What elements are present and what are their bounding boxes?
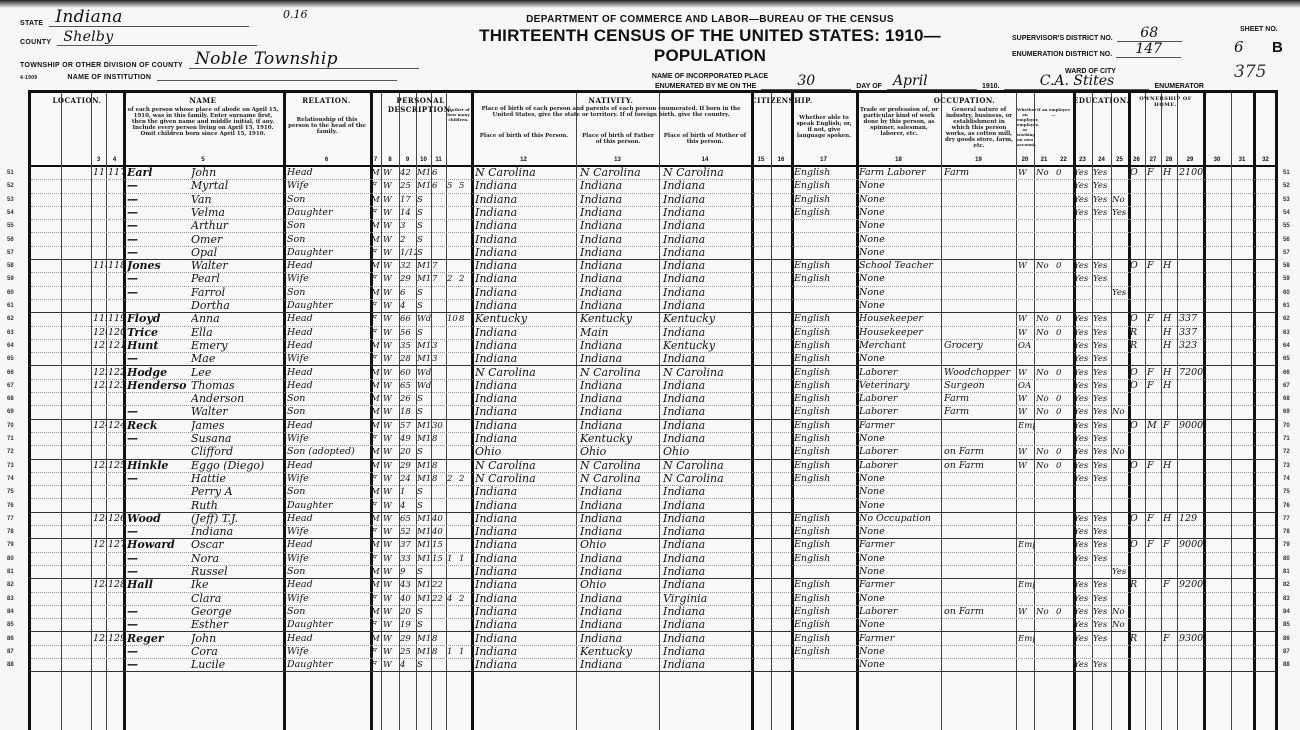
enumeration-district-value: 147: [1116, 42, 1181, 58]
cell-dwelling: 126: [93, 512, 107, 526]
sheet-label: Sheet No.: [1240, 26, 1278, 33]
cell-trade: None: [859, 658, 941, 672]
group-occupation: Occupation.: [856, 96, 1073, 105]
cell-years-married: 8: [432, 632, 446, 646]
cell-birth: Indiana: [475, 578, 575, 592]
nativity-column-note: Place of birth of each person and parent…: [475, 106, 747, 118]
line-number-right: 73: [1283, 463, 1290, 469]
cell-given: Omer: [191, 233, 283, 247]
group-citizenship: Citizenship.: [751, 96, 791, 105]
cell-sex: F: [371, 206, 381, 220]
cell-language: English: [794, 352, 854, 366]
cell-living-children: 5: [459, 179, 471, 193]
cell-relation: Wife: [287, 179, 369, 193]
line-number-right: 56: [1283, 237, 1290, 243]
cell-age: 29: [400, 459, 416, 473]
cell-sex: F: [371, 179, 381, 193]
cell-age: 65: [400, 379, 416, 393]
cell-owned: O: [1130, 459, 1145, 473]
cell-birth: Indiana: [475, 499, 575, 513]
cell-given: Ike: [191, 578, 283, 592]
cell-relation: Son: [287, 392, 369, 406]
cell-mother-birth: Virginia: [663, 592, 750, 606]
cell-write: Yes: [1093, 618, 1111, 632]
line-number: 52: [7, 183, 14, 189]
cell-family: 129: [108, 632, 124, 646]
cell-marital: S: [417, 485, 431, 499]
table-row: 70124124ReckJamesHeadMW57M130IndianaIndi…: [31, 420, 1275, 433]
cell-marital: M1: [417, 632, 431, 646]
cell-employ: W: [1018, 312, 1034, 326]
cell-given: Ruth: [191, 499, 283, 513]
cell-age: 28: [400, 352, 416, 366]
cell-marital: S: [417, 405, 431, 419]
cell-trade: None: [859, 525, 941, 539]
cell-relation: Daughter: [287, 246, 369, 260]
cell-write: Yes: [1093, 339, 1111, 353]
header-center: DEPARTMENT OF COMMERCE AND LABOR—BUREAU …: [450, 14, 970, 80]
line-number-right: 57: [1283, 250, 1290, 256]
line-number: 81: [7, 569, 14, 575]
cell-farm-sched: 337: [1179, 312, 1274, 326]
cell-write: Yes: [1093, 405, 1111, 419]
cell-free: F: [1147, 259, 1161, 273]
cell-weeks: 0: [1056, 366, 1072, 380]
cell-language: English: [794, 472, 854, 486]
table-row: 74—HattieWifeFW24M1822N CarolinaN Caroli…: [31, 473, 1275, 486]
line-number-right: 79: [1283, 542, 1290, 548]
col-num-10: 10: [416, 157, 431, 163]
cell-age: 65: [400, 512, 416, 526]
line-number: 67: [7, 383, 14, 389]
line-number-right: 54: [1283, 210, 1290, 216]
cell-trade: School Teacher: [859, 259, 941, 273]
cell-father-birth: Indiana: [580, 605, 658, 619]
cell-trade: Farmer: [859, 578, 941, 592]
cell-language: English: [794, 512, 854, 526]
cell-marital: M1: [417, 432, 431, 446]
cell-birth: Indiana: [475, 286, 575, 300]
cell-age: 4: [400, 499, 416, 513]
cell-language: English: [794, 339, 854, 353]
cell-father-birth: N Carolina: [580, 166, 658, 180]
cell-father-birth: Kentucky: [580, 312, 658, 326]
col-num-29: 29: [1177, 157, 1203, 163]
line-number: 76: [7, 503, 14, 509]
cell-marital: M1: [417, 552, 431, 566]
cell-industry: Farm: [944, 392, 1016, 406]
cell-school: Yes: [1112, 206, 1128, 220]
cell-trade: None: [859, 352, 941, 366]
cell-father-birth: Indiana: [580, 179, 658, 193]
cell-owned: O: [1130, 166, 1145, 180]
cell-given: Farrol: [191, 286, 283, 300]
line-number: 62: [7, 316, 14, 322]
employee-column-note: If an employee—: [1035, 107, 1072, 117]
cell-relation: Head: [287, 419, 369, 433]
cell-father-birth: Kentucky: [580, 432, 658, 446]
table-row: 55—ArthurSonMW3SIndianaIndianaIndianaNon…: [31, 220, 1275, 233]
cell-given: Hattie: [191, 472, 283, 486]
cell-given: Oscar: [191, 538, 283, 552]
cell-house: H: [1163, 166, 1177, 180]
cell-birth: Kentucky: [475, 312, 575, 326]
cell-family: 128: [108, 578, 124, 592]
cell-mother-birth: Indiana: [663, 405, 750, 419]
township-value: Noble Township: [189, 50, 419, 69]
cell-relation: Wife: [287, 432, 369, 446]
cell-sex: M: [371, 193, 381, 207]
county-label: County: [20, 39, 51, 46]
line-number-right: 83: [1283, 596, 1290, 602]
table-row: 83ClaraWifeFW40M12242IndianaIndianaVirgi…: [31, 593, 1275, 606]
county-line: County Shelby: [20, 30, 257, 46]
cell-owned: R: [1130, 326, 1145, 340]
cell-farm-sched: 337: [1179, 326, 1274, 340]
cell-mother-birth: Indiana: [663, 618, 750, 632]
cell-employ: W: [1018, 459, 1034, 473]
cell-age: 18: [400, 405, 416, 419]
enumeration-year: 1910.: [982, 83, 1000, 90]
cell-sex: M: [371, 405, 381, 419]
cell-age: 56: [400, 326, 416, 340]
line-number: 55: [7, 223, 14, 229]
cell-out-work: No: [1036, 366, 1054, 380]
employer-column-note: Whether an employer, employee, or workin…: [1017, 107, 1033, 147]
cell-dwelling: 127: [93, 538, 107, 552]
col-num-21: 21: [1034, 157, 1054, 163]
cell-mother-birth: Kentucky: [663, 312, 750, 326]
cell-trade: None: [859, 565, 941, 579]
cell-write: Yes: [1093, 472, 1111, 486]
cell-write: Yes: [1093, 166, 1111, 180]
cell-father-birth: Indiana: [580, 379, 658, 393]
cell-age: 24: [400, 472, 416, 486]
cell-trade: None: [859, 645, 941, 659]
cell-read: Yes: [1074, 179, 1092, 193]
cell-industry: Surgeon: [944, 379, 1016, 393]
cell-house: H: [1163, 339, 1177, 353]
cell-write: Yes: [1093, 578, 1111, 592]
cell-read: Yes: [1074, 552, 1092, 566]
col-num-16: 16: [771, 157, 791, 163]
cell-years-married: 6: [432, 179, 446, 193]
cell-relation: Head: [287, 366, 369, 380]
cell-father-birth: Indiana: [580, 219, 658, 233]
line-number: 82: [7, 582, 14, 588]
cell-given: Perry A: [191, 485, 283, 499]
cell-relation: Wife: [287, 552, 369, 566]
cell-age: 9: [400, 565, 416, 579]
cell-years-married: 7: [432, 272, 446, 286]
township-line: Township or other division of county Nob…: [20, 50, 419, 69]
birth-mother-header: Place of birth of Mother of this person.: [662, 133, 748, 145]
cell-write: Yes: [1093, 632, 1111, 646]
cell-surname: —: [127, 645, 187, 659]
cell-surname: Howard: [127, 538, 187, 552]
cell-sex: F: [371, 312, 381, 326]
cell-living-children: 8: [459, 312, 471, 326]
col-num-5: 5: [123, 157, 283, 163]
sheet-side: B: [1272, 39, 1283, 56]
cell-free: F: [1147, 538, 1161, 552]
cell-language: English: [794, 206, 854, 220]
cell-free: M: [1147, 419, 1161, 433]
cell-mother-birth: Indiana: [663, 246, 750, 260]
cell-birth: Indiana: [475, 605, 575, 619]
industry-column-note: General nature of industry, business, or…: [944, 107, 1014, 149]
line-number-right: 66: [1283, 370, 1290, 376]
cell-given: Arthur: [191, 219, 283, 233]
table-row: 51117117EarlJohnHeadMW42M16N CarolinaN C…: [31, 167, 1275, 180]
cell-dwelling: 124: [93, 419, 107, 433]
cell-surname: Hunt: [127, 339, 187, 353]
cell-age: 43: [400, 578, 416, 592]
cell-father-birth: Ohio: [580, 578, 658, 592]
col-num-32: 32: [1253, 157, 1278, 163]
cell-race: W: [383, 565, 398, 579]
table-row: 59—PearlWifeFW29M1722IndianaIndianaIndia…: [31, 273, 1275, 286]
cell-father-birth: Indiana: [580, 499, 658, 513]
cell-sex: M: [371, 565, 381, 579]
cell-age: 1: [400, 485, 416, 499]
cell-language: English: [794, 459, 854, 473]
cell-read: Yes: [1074, 379, 1092, 393]
cell-given: Esther: [191, 618, 283, 632]
cell-employ: OA: [1018, 339, 1034, 353]
cell-out-work: No: [1036, 392, 1054, 406]
relation-column-note: Relationship of this person to the head …: [287, 117, 367, 135]
cell-weeks: 0: [1056, 605, 1072, 619]
enumeration-month: April: [887, 74, 977, 90]
col-num-24: 24: [1092, 157, 1111, 163]
cell-given: James: [191, 419, 283, 433]
township-label: Township or other division of county: [20, 62, 183, 69]
cell-given: Emery: [191, 339, 283, 353]
line-number-right: 65: [1283, 356, 1290, 362]
cell-race: W: [383, 445, 398, 459]
cell-race: W: [383, 472, 398, 486]
group-relation: Relation.: [283, 96, 370, 105]
cell-trade: No Occupation: [859, 512, 941, 526]
table-row: 84—GeorgeSonMW20SIndianaIndianaIndianaEn…: [31, 606, 1275, 619]
cell-age: 35: [400, 339, 416, 353]
cell-out-work: No: [1036, 259, 1054, 273]
cell-father-birth: Indiana: [580, 419, 658, 433]
table-row: 52—MyrtalWifeFW25M1655IndianaIndianaIndi…: [31, 180, 1275, 193]
line-number-right: 67: [1283, 383, 1290, 389]
cell-language: English: [794, 166, 854, 180]
cell-race: W: [383, 366, 398, 380]
cell-father-birth: Indiana: [580, 286, 658, 300]
line-number: 78: [7, 529, 14, 535]
cell-read: Yes: [1074, 352, 1092, 366]
cell-mother-birth: Indiana: [663, 219, 750, 233]
cell-mother-birth: Indiana: [663, 299, 750, 313]
cell-mother-birth: Indiana: [663, 578, 750, 592]
cell-relation: Son: [287, 286, 369, 300]
cell-race: W: [383, 658, 398, 672]
cell-read: Yes: [1074, 658, 1092, 672]
cell-industry: on Farm: [944, 445, 1016, 459]
cell-race: W: [383, 618, 398, 632]
cell-school: No: [1112, 445, 1128, 459]
cell-read: Yes: [1074, 193, 1092, 207]
cell-write: Yes: [1093, 193, 1111, 207]
line-number: 70: [7, 423, 14, 429]
group-location: Location.: [31, 96, 123, 105]
cell-marital: M1: [417, 512, 431, 526]
cell-father-birth: N Carolina: [580, 472, 658, 486]
cell-living-children: 2: [459, 472, 471, 486]
cell-mother-birth: Indiana: [663, 419, 750, 433]
cell-marital: M1: [417, 472, 431, 486]
cell-mother-birth: Indiana: [663, 512, 750, 526]
cell-farm-sched: 323: [1179, 339, 1274, 353]
cell-industry: Woodchopper: [944, 366, 1016, 380]
cell-relation: Wife: [287, 592, 369, 606]
cell-birth: N Carolina: [475, 472, 575, 486]
group-education: Education.: [1073, 96, 1128, 105]
cell-relation: Head: [287, 312, 369, 326]
cell-race: W: [383, 645, 398, 659]
cell-birth: Indiana: [475, 233, 575, 247]
cell-school: Yes: [1112, 565, 1128, 579]
col-num-31: 31: [1231, 157, 1253, 163]
cell-weeks: 0: [1056, 459, 1072, 473]
cell-trade: Laborer: [859, 445, 941, 459]
cell-sex: F: [371, 592, 381, 606]
cell-employ: OA: [1018, 379, 1034, 393]
cell-trade: Laborer: [859, 366, 941, 380]
cell-marital: S: [417, 326, 431, 340]
cell-marital: S: [417, 445, 431, 459]
cell-trade: None: [859, 592, 941, 606]
cell-relation: Wife: [287, 525, 369, 539]
cell-language: English: [794, 312, 854, 326]
col-num-14: 14: [659, 157, 751, 163]
cell-house: F: [1163, 419, 1177, 433]
line-number-right: 58: [1283, 263, 1290, 269]
cell-relation: Son: [287, 485, 369, 499]
table-row: 85—EstherDaughterFW19SIndianaIndianaIndi…: [31, 619, 1275, 632]
line-number-right: 85: [1283, 622, 1290, 628]
cell-surname: —: [127, 233, 187, 247]
table-row: 82128128HallIkeHeadMW43M122IndianaOhioIn…: [31, 579, 1275, 592]
line-number: 83: [7, 596, 14, 602]
cell-weeks: 0: [1056, 392, 1072, 406]
line-number: 71: [7, 436, 14, 442]
cell-birth: Indiana: [475, 259, 575, 273]
cell-language: English: [794, 605, 854, 619]
sheet-number: 6: [1234, 38, 1244, 56]
cell-language: English: [794, 272, 854, 286]
cell-birth: Indiana: [475, 379, 575, 393]
cell-out-work: No: [1036, 312, 1054, 326]
trade-column-note: Trade or profession of, or particular ki…: [859, 107, 939, 137]
cell-marital: M1: [417, 525, 431, 539]
cell-employ: Emp: [1018, 632, 1034, 646]
cell-age: 20: [400, 605, 416, 619]
table-row: 67123123HendersonThomasHeadMW65WdIndiana…: [31, 380, 1275, 393]
table-row: 57—OpalDaughterFW1/12SIndianaIndianaIndi…: [31, 247, 1275, 260]
cell-trade: None: [859, 206, 941, 220]
cell-surname: Hodge: [127, 366, 187, 380]
group-ownership: Ownership of Home.: [1128, 96, 1203, 108]
cell-farm-sched: 9000: [1179, 538, 1274, 552]
cell-mother-birth: Indiana: [663, 538, 750, 552]
cell-trade: Laborer: [859, 605, 941, 619]
day-of-label: day of: [856, 83, 882, 90]
cell-father-birth: Indiana: [580, 392, 658, 406]
name-column-note: of each person whose place of abode on A…: [127, 107, 279, 137]
cell-mother-birth: Indiana: [663, 645, 750, 659]
cell-write: Yes: [1093, 419, 1111, 433]
table-row: 68AndersonSonMW26SIndianaIndianaIndianaE…: [31, 393, 1275, 406]
cell-surname: Reger: [127, 632, 187, 646]
cell-house: F: [1163, 538, 1177, 552]
cell-farm-sched: 129: [1179, 512, 1274, 526]
group-name: Name: [123, 96, 283, 105]
col-num-20: 20: [1016, 157, 1034, 163]
table-row: 76RuthDaughterFW4SIndianaIndianaIndianaN…: [31, 500, 1275, 513]
cell-marital: M1: [417, 179, 431, 193]
cell-birth: Indiana: [475, 392, 575, 406]
cell-sex: F: [371, 525, 381, 539]
cell-birth: Indiana: [475, 352, 575, 366]
cell-surname: Reck: [127, 419, 187, 433]
cell-relation: Head: [287, 166, 369, 180]
cell-sex: F: [371, 552, 381, 566]
line-number-right: 64: [1283, 343, 1290, 349]
cell-language: English: [794, 392, 854, 406]
cell-family: 123: [108, 379, 124, 393]
enumerator-name: C.A. Stites: [1004, 74, 1149, 90]
cell-house: H: [1163, 312, 1177, 326]
cell-family: 118: [108, 259, 124, 273]
cell-read: Yes: [1074, 326, 1092, 340]
line-number: 56: [7, 237, 14, 243]
cell-birth: Indiana: [475, 645, 575, 659]
cell-years-married: 40: [432, 525, 446, 539]
cell-age: 37: [400, 538, 416, 552]
line-number-right: 53: [1283, 197, 1290, 203]
cell-trade: None: [859, 432, 941, 446]
cell-read: Yes: [1074, 272, 1092, 286]
cell-birth: Indiana: [475, 485, 575, 499]
cell-marital: Wd: [417, 312, 431, 326]
col-num-23: 23: [1073, 157, 1092, 163]
cell-relation: Head: [287, 578, 369, 592]
cell-marital: M1: [417, 272, 431, 286]
cell-read: Yes: [1074, 459, 1092, 473]
cell-relation: Head: [287, 259, 369, 273]
cell-sex: M: [371, 632, 381, 646]
cell-mother-birth: Indiana: [663, 352, 750, 366]
table-row: 73125125HinkleEggo (Diego)HeadMW29M18N C…: [31, 460, 1275, 473]
cell-marital: S: [417, 499, 431, 513]
cell-marital: M1: [417, 166, 431, 180]
table-row: 86129129RegerJohnHeadMW29M18IndianaIndia…: [31, 633, 1275, 646]
cell-age: 32: [400, 259, 416, 273]
cell-trade: None: [859, 193, 941, 207]
cell-read: Yes: [1074, 618, 1092, 632]
cell-mother-birth: Indiana: [663, 632, 750, 646]
cell-marital: S: [417, 233, 431, 247]
cell-father-birth: Indiana: [580, 552, 658, 566]
cell-given: Pearl: [191, 272, 283, 286]
mothers-children-note: Mother of how many children.: [447, 107, 470, 122]
